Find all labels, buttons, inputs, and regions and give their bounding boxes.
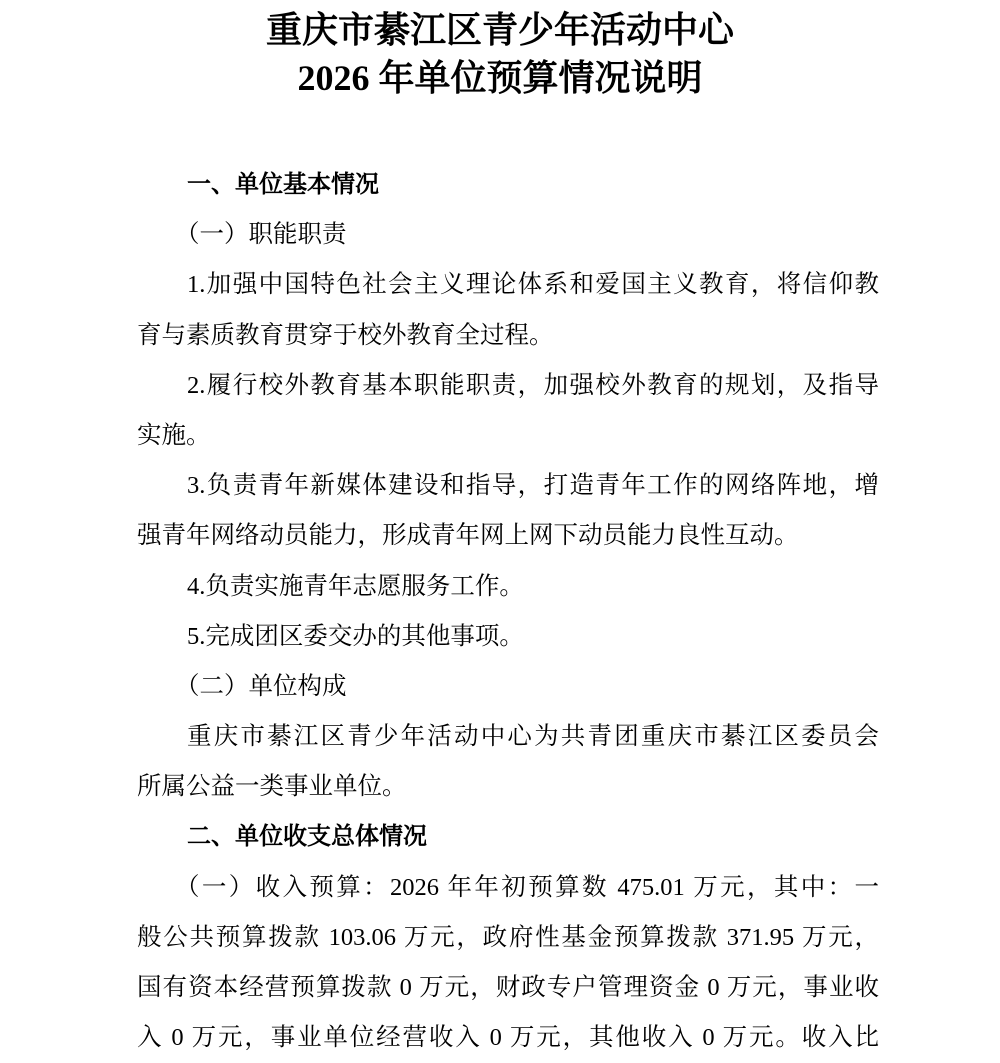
paragraph-line: 2.履行校外教育基本职能职责，加强校外教育的规划，及指导: [137, 361, 879, 411]
paragraph-line: 1.加强中国特色社会主义理论体系和爱国主义教育，将信仰教: [137, 260, 879, 310]
document-title-line1: 重庆市綦江区青少年活动中心: [0, 6, 1000, 54]
document-page: 重庆市綦江区青少年活动中心 2026 年单位预算情况说明 一、单位基本情况 （一…: [0, 0, 1000, 1063]
paragraph-line: 强青年网络动员能力，形成青年网上网下动员能力良性互动。: [137, 511, 879, 561]
paragraph-line: 重庆市綦江区青少年活动中心为共青团重庆市綦江区委员会: [137, 712, 879, 762]
paragraph-line: 般公共预算拨款 103.06 万元，政府性基金预算拨款 371.95 万元，: [137, 913, 879, 963]
subsection-heading-functions: （一）职能职责: [137, 210, 879, 260]
section-heading-basic-info: 一、单位基本情况: [137, 160, 879, 210]
paragraph-line: 国有资本经营预算拨款 0 万元，财政专户管理资金 0 万元，事业收: [137, 963, 879, 1013]
section-heading-revenue-expenditure: 二、单位收支总体情况: [137, 812, 879, 862]
paragraph-line: （一）收入预算：2026 年年初预算数 475.01 万元，其中：一: [137, 863, 879, 913]
subsection-heading-composition: （二）单位构成: [137, 662, 879, 712]
paragraph-line: 所属公益一类事业单位。: [137, 762, 879, 812]
paragraph-line: 4.负责实施青年志愿服务工作。: [137, 562, 879, 612]
paragraph-line: 5.完成团区委交办的其他事项。: [137, 612, 879, 662]
paragraph-line: 入 0 万元，事业单位经营收入 0 万元，其他收入 0 万元。收入比: [137, 1013, 879, 1063]
document-body: 一、单位基本情况 （一）职能职责 1.加强中国特色社会主义理论体系和爱国主义教育…: [137, 160, 879, 1063]
document-title-line2: 2026 年单位预算情况说明: [0, 54, 1000, 102]
paragraph-line: 育与素质教育贯穿于校外教育全过程。: [137, 311, 879, 361]
paragraph-line: 3.负责青年新媒体建设和指导，打造青年工作的网络阵地，增: [137, 461, 879, 511]
paragraph-line: 实施。: [137, 411, 879, 461]
